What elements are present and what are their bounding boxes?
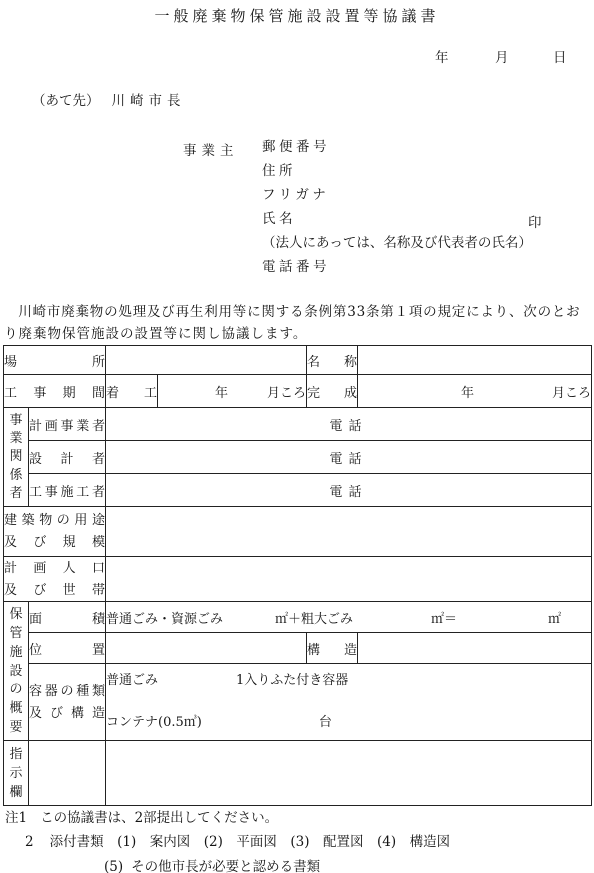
note-1-text: この協議書は、2部提出してください。 [40, 810, 278, 826]
row-planner: 事業関係者 計画事業者 電話 [4, 408, 592, 441]
structure-label: 構造 [307, 639, 357, 658]
facility-name-label: 名称 [307, 351, 357, 370]
seal-mark-label: 印 [528, 211, 542, 231]
container-line-normal-waste: 普通ごみ 1入りふた付き容器 [106, 672, 591, 690]
note-3-marker: (5) [104, 859, 123, 873]
completion-label: 完成 [307, 382, 357, 401]
declaration-line1: 川崎市廃棄物の処理及び再生利用等に関する条例第33条第１項の規定により、次のとお [4, 302, 590, 324]
container-type-value-cell: 普通ごみ 1入りふた付き容器 コンテナ(0.5㎥) 台 [106, 664, 592, 741]
planned-population-value-cell [106, 557, 592, 602]
note-3: (5)その他市長が必要と認める書類 [104, 855, 320, 873]
designer-label: 設計者 [29, 448, 105, 467]
note-2: 2添付書類 (1) 案内図 (2) 平面図 (3) 配置図 (4) 構造図 [25, 830, 450, 850]
parties-group-label: 事業関係者 [4, 410, 28, 505]
location-label: 場所 [4, 351, 105, 370]
area-label: 面積 [29, 608, 105, 627]
designer-phone-cell: 電話 [106, 441, 592, 474]
date-year-label: 年 [435, 46, 449, 66]
corporate-note: （法人にあっては、名称及び代表者の氏名） [262, 235, 532, 259]
planner-label: 計画事業者 [29, 415, 105, 434]
phone-label: 電話番号 [262, 259, 532, 283]
note-1-marker: 注1 [5, 810, 27, 826]
planner-phone-cell: 電話 [106, 408, 592, 441]
date-day-label: 日 [553, 46, 567, 66]
applicant-label: 事業主 [183, 139, 239, 159]
row-building-use: 建築物の用途 及び規模 [4, 507, 592, 557]
instruction-label: 指示欄 [4, 743, 28, 804]
row-location: 場所 名称 [4, 346, 592, 375]
row-instruction: 指示欄 [4, 741, 592, 806]
row-designer: 設計者 電話 [4, 441, 592, 474]
contractor-label: 工事施工者 [29, 481, 105, 500]
area-value-cell: 普通ごみ・資源ごみ ㎡＋粗大ごみ ㎡＝ ㎡ [106, 602, 592, 633]
note-2-marker: 2 [25, 834, 34, 850]
building-use-value-cell [106, 507, 592, 557]
row-construction-period: 工事期間 着工 年 月ころ 完成 年 月ころ [4, 375, 592, 408]
storage-group-label: 保管施設の概要 [4, 604, 28, 739]
addressee-line: （あて先）川崎市長 [32, 89, 186, 109]
row-area: 保管施設の概要 面積 普通ごみ・資源ごみ ㎡＋粗大ごみ ㎡＝ ㎡ [4, 602, 592, 633]
addressee-prefix: （あて先） [32, 93, 100, 109]
date-month-label: 月 [495, 46, 509, 66]
facility-name-value-cell [358, 346, 592, 375]
position-label: 位置 [29, 639, 105, 658]
applicant-fields: 郵便番号 住所 フリガナ 氏名 （法人にあっては、名称及び代表者の氏名） 電話番… [262, 139, 532, 283]
building-use-label: 建築物の用途 及び規模 [4, 512, 105, 551]
start-date-cell: 年 月ころ [158, 375, 307, 408]
furigana-label: フリガナ [262, 187, 532, 211]
instruction-sub-cell [29, 741, 106, 806]
note-1: 注1この協議書は、2部提出してください。 [5, 806, 278, 826]
container-line-container: コンテナ(0.5㎥) 台 [106, 714, 591, 732]
contractor-phone-cell: 電話 [106, 474, 592, 507]
address-label: 住所 [262, 163, 532, 187]
completion-date-cell: 年 月ころ [358, 375, 592, 408]
consultation-form-page: 一般廃棄物保管施設設置等協議書 年 月 日 （あて先）川崎市長 事業主 郵便番号… [0, 0, 594, 873]
row-container-type: 容器の種類 及び構造 普通ごみ 1入りふた付き容器 コンテナ(0.5㎥) 台 [4, 664, 592, 741]
planned-population-label: 計画人口 及び世帯 [4, 560, 105, 599]
period-label: 工事期間 [4, 382, 105, 401]
structure-value-cell [358, 633, 592, 664]
postal-code-label: 郵便番号 [262, 139, 532, 163]
note-2-text: 添付書類 (1) 案内図 (2) 平面図 (3) 配置図 (4) 構造図 [50, 834, 451, 850]
note-3-text: その他市長が必要と認める書類 [131, 859, 320, 873]
row-contractor: 工事施工者 電話 [4, 474, 592, 507]
addressee-name: 川崎市長 [112, 93, 186, 109]
start-label: 着工 [106, 382, 157, 401]
position-value-cell [106, 633, 307, 664]
instruction-value-cell [106, 741, 592, 806]
container-type-label: 容器の種類 及び構造 [29, 683, 105, 722]
name-label: 氏名 [262, 211, 532, 235]
row-planned-population: 計画人口 及び世帯 [4, 557, 592, 602]
declaration-paragraph: 川崎市廃棄物の処理及び再生利用等に関する条例第33条第１項の規定により、次のとお… [4, 302, 590, 345]
consultation-table: 場所 名称 工事期間 着工 年 月ころ 完成 年 月ころ 事業関係者 計画事業者… [3, 345, 592, 806]
row-position: 位置 構造 [4, 633, 592, 664]
location-value-cell [106, 346, 307, 375]
page-title: 一般廃棄物保管施設設置等協議書 [0, 5, 594, 26]
declaration-line2: り廃棄物保管施設の設置等に関し協議します。 [4, 324, 590, 346]
